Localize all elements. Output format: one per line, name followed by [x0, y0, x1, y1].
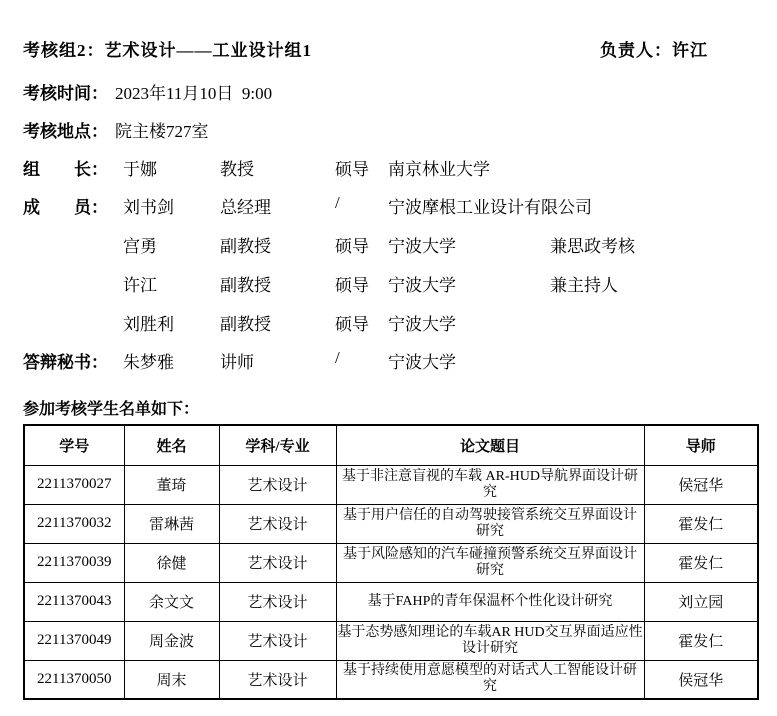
thesis-title-cell: 基于态势感知理论的车载AR HUD交互界面适应性设计研究: [336, 621, 644, 660]
member-title: 总经理: [220, 193, 271, 218]
member-role-label: 成 员：: [23, 193, 108, 218]
students-table: 学号 姓名 学科/专业 论文题目 导师 2211370027 董琦 艺术设计 基…: [23, 424, 759, 700]
thesis-title-cell: 基于风险感知的汽车碰撞预警系统交互界面设计研究: [336, 543, 644, 582]
student-id-cell: 2211370049: [24, 621, 124, 660]
table-row: 2211370050 周末 艺术设计 基于持续使用意愿模型的对话式人工智能设计研…: [24, 660, 758, 699]
student-name-cell: 周金波: [124, 621, 219, 660]
member-name: 朱梦雅: [123, 348, 174, 373]
header-major: 学科/专业: [219, 425, 336, 465]
member-supervisor-type: 硕导: [335, 310, 369, 335]
title-line: 考核组2：艺术设计——工业设计组1 负责人：许江: [0, 36, 777, 58]
time-value: 2023年11月10日 9:00: [115, 79, 272, 104]
table-row: 2211370027 董琦 艺术设计 基于非注意盲视的车载 AR-HUD导航界面…: [24, 465, 758, 504]
major-cell: 艺术设计: [219, 660, 336, 699]
member-organization: 南京林业大学: [388, 155, 490, 180]
student-id-cell: 2211370050: [24, 660, 124, 699]
student-id-cell: 2211370043: [24, 582, 124, 621]
leader-label: 负责人：许江: [600, 36, 708, 61]
advisor-cell: 侯冠华: [644, 465, 758, 504]
member-organization: 宁波摩根工业设计有限公司: [388, 193, 592, 218]
thesis-title-cell: 基于用户信任的自动驾驶接管系统交互界面设计研究: [336, 504, 644, 543]
student-list-intro: 参加考核学生名单如下：: [0, 396, 777, 418]
major-cell: 艺术设计: [219, 543, 336, 582]
member-title: 副教授: [220, 310, 271, 335]
member-supervisor-type: 硕导: [335, 155, 369, 180]
member-row: 宫勇 副教授 硕导 宁波大学 兼思政考核: [0, 232, 777, 254]
member-name: 刘书剑: [123, 193, 174, 218]
member-name: 许江: [123, 271, 157, 296]
student-id-cell: 2211370039: [24, 543, 124, 582]
student-id-cell: 2211370032: [24, 504, 124, 543]
major-cell: 艺术设计: [219, 504, 336, 543]
member-row: 许江 副教授 硕导 宁波大学 兼主持人: [0, 271, 777, 293]
student-name-cell: 余文文: [124, 582, 219, 621]
member-title: 讲师: [220, 348, 254, 373]
member-supervisor-type: 硕导: [335, 232, 369, 257]
member-role-label: 组 长：: [23, 155, 108, 180]
student-name-cell: 徐健: [124, 543, 219, 582]
member-name: 刘胜利: [123, 310, 174, 335]
member-row: 答辩秘书： 朱梦雅 讲师 / 宁波大学: [0, 348, 777, 370]
table-header-row: 学号 姓名 学科/专业 论文题目 导师: [24, 425, 758, 465]
table-row: 2211370043 余文文 艺术设计 基于FAHP的青年保温杯个性化设计研究 …: [24, 582, 758, 621]
member-organization: 宁波大学: [388, 232, 456, 257]
advisor-cell: 刘立园: [644, 582, 758, 621]
thesis-title-cell: 基于FAHP的青年保温杯个性化设计研究: [336, 582, 644, 621]
major-cell: 艺术设计: [219, 465, 336, 504]
member-title: 副教授: [220, 232, 271, 257]
table-row: 2211370032 雷琳茜 艺术设计 基于用户信任的自动驾驶接管系统交互界面设…: [24, 504, 758, 543]
advisor-cell: 霍发仁: [644, 621, 758, 660]
member-organization: 宁波大学: [388, 348, 456, 373]
member-row: 组 长： 于娜 教授 硕导 南京林业大学: [0, 155, 777, 177]
member-supervisor-type: 硕导: [335, 271, 369, 296]
meta-row-time: 考核时间： 2023年11月10日 9:00: [0, 79, 777, 101]
member-title: 副教授: [220, 271, 271, 296]
student-list-intro-text: 参加考核学生名单如下：: [23, 396, 199, 419]
member-name: 宫勇: [123, 232, 157, 257]
table-row: 2211370049 周金波 艺术设计 基于态势感知理论的车载AR HUD交互界…: [24, 621, 758, 660]
group-title: 考核组2：艺术设计——工业设计组1: [23, 36, 312, 61]
student-name-cell: 周末: [124, 660, 219, 699]
advisor-cell: 侯冠华: [644, 660, 758, 699]
member-role-label: 答辩秘书：: [23, 348, 108, 373]
place-label: 考核地点：: [23, 117, 108, 142]
student-name-cell: 董琦: [124, 465, 219, 504]
meta-row-place: 考核地点： 院主楼727室: [0, 117, 777, 139]
major-cell: 艺术设计: [219, 621, 336, 660]
member-row: 刘胜利 副教授 硕导 宁波大学: [0, 310, 777, 332]
member-supervisor-type: /: [335, 193, 340, 213]
advisor-cell: 霍发仁: [644, 543, 758, 582]
header-student-id: 学号: [24, 425, 124, 465]
member-row: 成 员： 刘书剑 总经理 / 宁波摩根工业设计有限公司: [0, 193, 777, 215]
member-extra-duty: 兼思政考核: [550, 232, 635, 257]
member-organization: 宁波大学: [388, 310, 456, 335]
major-cell: 艺术设计: [219, 582, 336, 621]
member-name: 于娜: [123, 155, 157, 180]
member-title: 教授: [220, 155, 254, 180]
time-label: 考核时间：: [23, 79, 108, 104]
student-name-cell: 雷琳茜: [124, 504, 219, 543]
header-student-name: 姓名: [124, 425, 219, 465]
place-value: 院主楼727室: [115, 117, 209, 142]
advisor-cell: 霍发仁: [644, 504, 758, 543]
table-row: 2211370039 徐健 艺术设计 基于风险感知的汽车碰撞预警系统交互界面设计…: [24, 543, 758, 582]
member-extra-duty: 兼主持人: [550, 271, 618, 296]
member-organization: 宁波大学: [388, 271, 456, 296]
student-id-cell: 2211370027: [24, 465, 124, 504]
member-supervisor-type: /: [335, 348, 340, 368]
header-advisor: 导师: [644, 425, 758, 465]
thesis-title-cell: 基于持续使用意愿模型的对话式人工智能设计研究: [336, 660, 644, 699]
header-thesis-title: 论文题目: [336, 425, 644, 465]
document-page: 考核组2：艺术设计——工业设计组1 负责人：许江 考核时间： 2023年11月1…: [0, 0, 777, 716]
thesis-title-cell: 基于非注意盲视的车载 AR-HUD导航界面设计研究: [336, 465, 644, 504]
